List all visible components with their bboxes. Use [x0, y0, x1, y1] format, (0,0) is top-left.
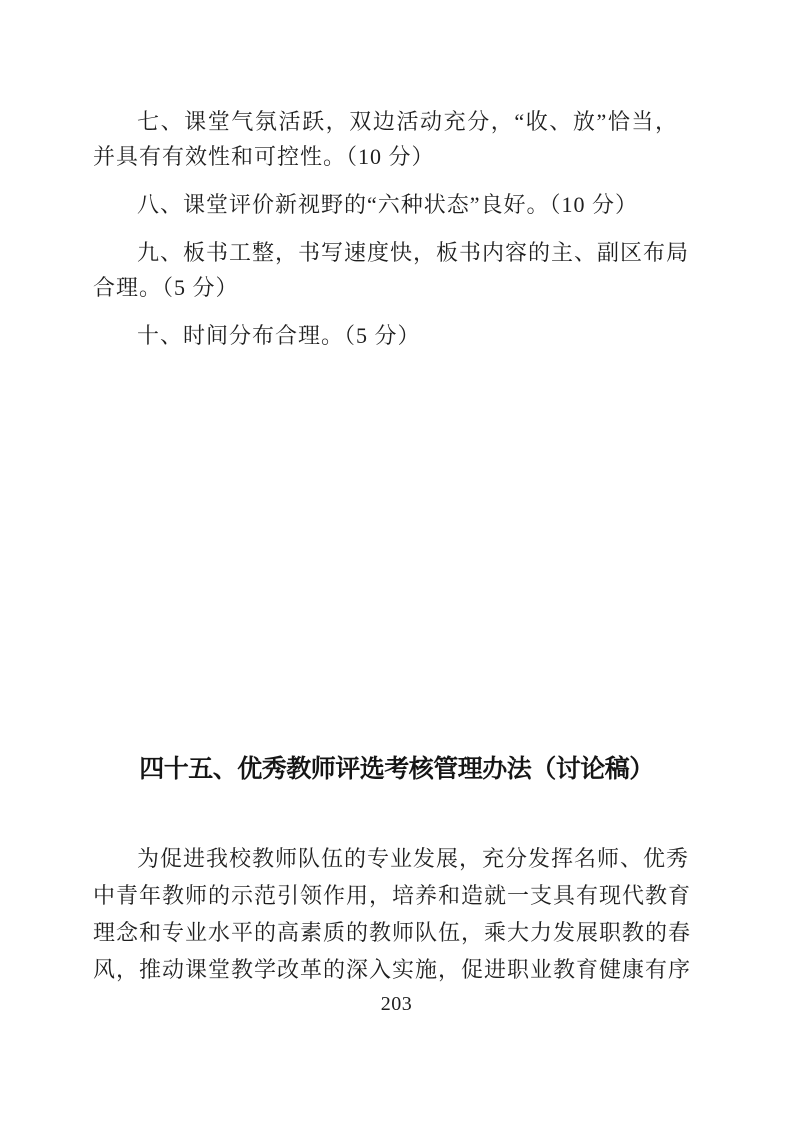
document-page: 七、课堂气氛活跃，双边活动充分，“收、放”恰当， 并具有有效性和可控性。（10 …	[0, 0, 793, 1122]
section-heading: 四十五、优秀教师评选考核管理办法（讨论稿）	[0, 752, 793, 788]
grading-item-7-line-2: 并具有有效性和可控性。（10 分）	[93, 139, 678, 174]
intro-paragraph-line-1: 为促进我校教师队伍的专业发展，充分发挥名师、优秀	[93, 840, 678, 877]
grading-item-7-line-1: 七、课堂气氛活跃，双边活动充分，“收、放”恰当，	[93, 104, 678, 139]
grading-item-9-line-2: 合理。（5 分）	[93, 270, 678, 305]
grading-item-10-line-1: 十、时间分布合理。（5 分）	[93, 318, 678, 353]
page-number: 203	[0, 992, 793, 1016]
grading-item-8: 八、课堂评价新视野的“六种状态”良好。（10 分）	[93, 187, 678, 222]
intro-paragraph: 为促进我校教师队伍的专业发展，充分发挥名师、优秀 中青年教师的示范引领作用，培养…	[93, 840, 678, 988]
grading-item-9: 九、板书工整，书写速度快，板书内容的主、副区布局 合理。（5 分）	[93, 235, 678, 305]
grading-item-8-line-1: 八、课堂评价新视野的“六种状态”良好。（10 分）	[93, 187, 678, 222]
grading-item-10: 十、时间分布合理。（5 分）	[93, 318, 678, 353]
intro-paragraph-line-4: 风，推动课堂教学改革的深入实施，促进职业教育健康有序	[93, 951, 678, 988]
grading-item-7: 七、课堂气氛活跃，双边活动充分，“收、放”恰当， 并具有有效性和可控性。（10 …	[93, 104, 678, 174]
page-break-gap	[0, 366, 793, 752]
grading-criteria-list: 七、课堂气氛活跃，双边活动充分，“收、放”恰当， 并具有有效性和可控性。（10 …	[93, 0, 678, 353]
intro-paragraph-line-3: 理念和专业水平的高素质的教师队伍，乘大力发展职教的春	[93, 914, 678, 951]
grading-item-9-line-1: 九、板书工整，书写速度快，板书内容的主、副区布局	[93, 235, 678, 270]
intro-paragraph-line-2: 中青年教师的示范引领作用，培养和造就一支具有现代教育	[93, 877, 678, 914]
